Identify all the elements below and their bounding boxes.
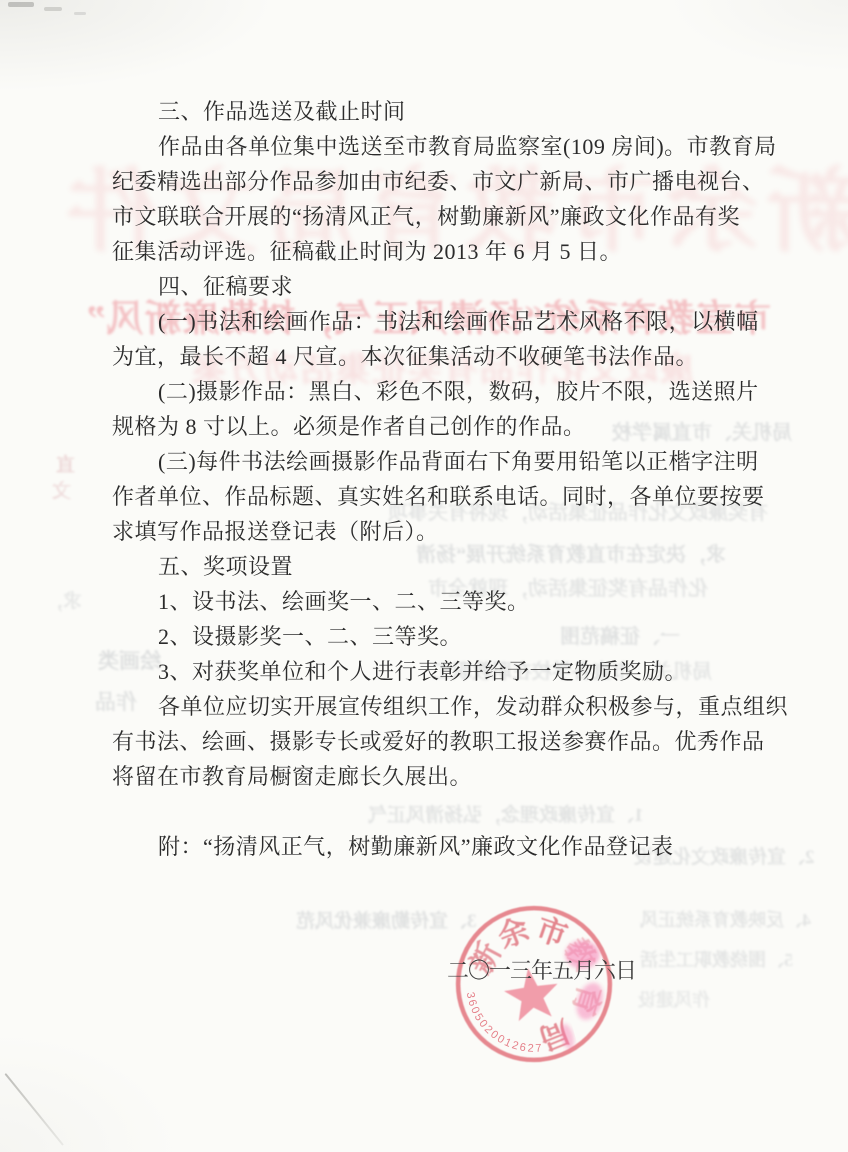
doc-line: 有书法、绘画、摄影专长或爱好的教职工报送参赛作品。优秀作品	[112, 724, 802, 759]
bleed-fragment: 5、围绕教职工生活	[640, 946, 793, 972]
bleed-fragment: 4、反映教育系统正风	[640, 906, 811, 932]
doc-line: 附：“扬清风正气，树勤廉新风”廉政文化作品登记表	[112, 829, 802, 864]
document-body: 三、作品选送及截止时间作品由各单位集中选送至市教育局监察室(109 房间)。市教…	[112, 94, 802, 864]
svg-text:6: 6	[519, 1041, 527, 1054]
svg-text:7: 7	[535, 1042, 542, 1054]
doc-line: 纪委精选出部分作品参加由市纪委、市文广新局、市广播电视台、	[112, 164, 802, 199]
doc-line: 五、奖项设置	[112, 549, 802, 584]
svg-text:2: 2	[527, 1043, 534, 1055]
doc-line: 求填写作品报送登记表（附后）。	[112, 514, 802, 549]
doc-line: 市文联联合开展的“扬清风正气，树勤廉新风”廉政文化作品有奖	[112, 199, 802, 234]
doc-line: 1、设书法、绘画奖一、二、三等奖。	[112, 584, 802, 619]
doc-line: (三)每件书法绘画摄影作品背面右下角要用铅笔以正楷字注明	[112, 444, 802, 479]
bleed-fragment: 文	[52, 476, 71, 503]
doc-line: 征集活动评选。征稿截止时间为 2013 年 6 月 5 日。	[112, 234, 802, 269]
doc-line: (二)摄影作品：黑白、彩色不限，数码，胶片不限，选送照片	[112, 374, 802, 409]
doc-line: 规格为 8 寸以上。必须是作者自己创作的作品。	[112, 409, 802, 444]
bleed-fragment: 求，	[44, 586, 82, 613]
scanned-document-page: 新余市教育局文件市直教育系统“扬清风正气，树勤廉新风”廉政文化作品有奖征集活动方…	[0, 0, 848, 1152]
doc-line: 为宜，最长不超 4 尺宣。本次征集活动不收硬笔书法作品。	[112, 339, 802, 374]
bleed-fragment: 直	[56, 450, 75, 477]
doc-line: 2、设摄影奖一、二、三等奖。	[112, 619, 802, 654]
doc-line: 3、对获奖单位和个人进行表彰并给予一定物质奖励。	[112, 654, 802, 689]
date-line: 二〇一三年五月六日	[447, 954, 636, 985]
doc-line: 三、作品选送及截止时间	[112, 94, 802, 129]
doc-line: 各单位应切实开展宣传组织工作，发动群众积极参与，重点组织	[112, 689, 802, 724]
doc-line: (一)书法和绘画作品：书法和绘画作品艺术风格不限，以横幅	[112, 304, 802, 339]
doc-line: 作者单位、作品标题、真实姓名和联系电话。同时，各单位要按要	[112, 479, 802, 514]
doc-line: 四、征稿要求	[112, 269, 802, 304]
doc-line: 作品由各单位集中选送至市教育局监察室(109 房间)。市教育局	[112, 129, 802, 164]
bleed-fragment: 作风建设	[638, 986, 710, 1012]
doc-line: 将留在市教育局橱窗走廊长久展出。	[112, 759, 802, 794]
